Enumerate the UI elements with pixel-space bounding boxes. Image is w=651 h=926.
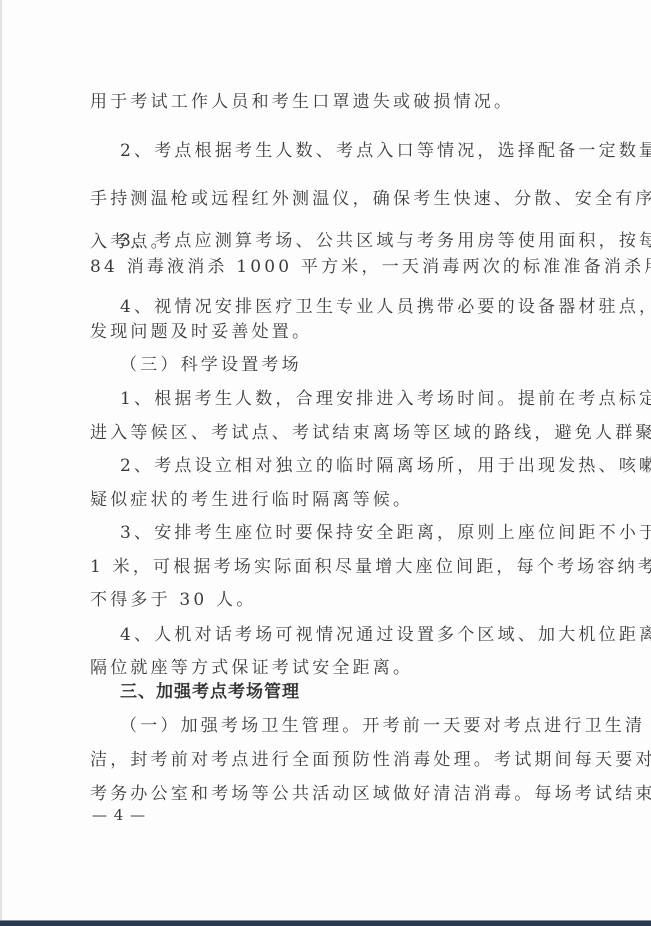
paragraph-line: 1 米，可根据考场实际面积尽量增大座位间距，每个考场容纳考生 [90, 557, 651, 577]
paragraph-line: 1、根据考生人数，合理安排进入考场时间。提前在考点标定 [120, 389, 651, 409]
paragraph-line: 考务办公室和考场等公共活动区域做好清洁消毒。每场考试结束 [90, 784, 651, 804]
paragraph-line: 洁，封考前对考点进行全面预防性消毒处理。考试期间每天要对 [90, 750, 651, 770]
paragraph-line: 发现问题及时妥善处置。 [90, 322, 312, 342]
paragraph-line: 不得多于 30 人。 [90, 590, 256, 610]
paragraph-line: 进入等候区、考试点、考试结束离场等区域的路线，避免人群聚集。 [90, 423, 651, 443]
paragraph-line: 2、考点设立相对独立的临时隔离场所，用于出现发热、咳嗽等 [120, 456, 651, 476]
paragraph-line: （一）加强考场卫生管理。开考前一天要对考点进行卫生清 [120, 716, 645, 736]
paragraph-line: 手持测温枪或远程红外测温仪，确保考生快速、分散、安全有序进 [90, 189, 651, 209]
subsection-heading: （三）科学设置考场 [120, 355, 302, 375]
document-page: 用于考试工作人员和考生口罩遗失或破损情况。 2、考点根据考生人数、考点入口等情况… [0, 0, 651, 920]
paragraph-line: 用于考试工作人员和考生口罩遗失或破损情况。 [90, 92, 514, 112]
page-number: — 4 — [92, 805, 146, 825]
paragraph-line: 2、考点根据考生人数、考点入口等情况，选择配备一定数量的 [120, 141, 651, 161]
paragraph-line: 3、安排考生座位时要保持安全距离，原则上座位间距不小于 [120, 523, 651, 543]
paragraph-line: 隔位就座等方式保证考试安全距离。 [90, 658, 413, 678]
section-heading: 三、加强考点考场管理 [120, 682, 300, 702]
paragraph-line: 84 消毒液消杀 1000 平方米，一天消毒两次的标准准备消杀用品。 [90, 257, 651, 277]
paragraph-line: 4、视情况安排医疗卫生专业人员携带必要的设备器材驻点， [120, 297, 651, 317]
paragraph-line: 疑似症状的考生进行临时隔离等候。 [90, 490, 413, 510]
viewer-bottom-border [0, 920, 651, 926]
paragraph-line: 3、考点应测算考场、公共区域与考务用房等使用面积，按每升 [120, 231, 651, 251]
paragraph-line: 4、人机对话考场可视情况通过设置多个区域、加大机位距离、 [120, 625, 651, 645]
